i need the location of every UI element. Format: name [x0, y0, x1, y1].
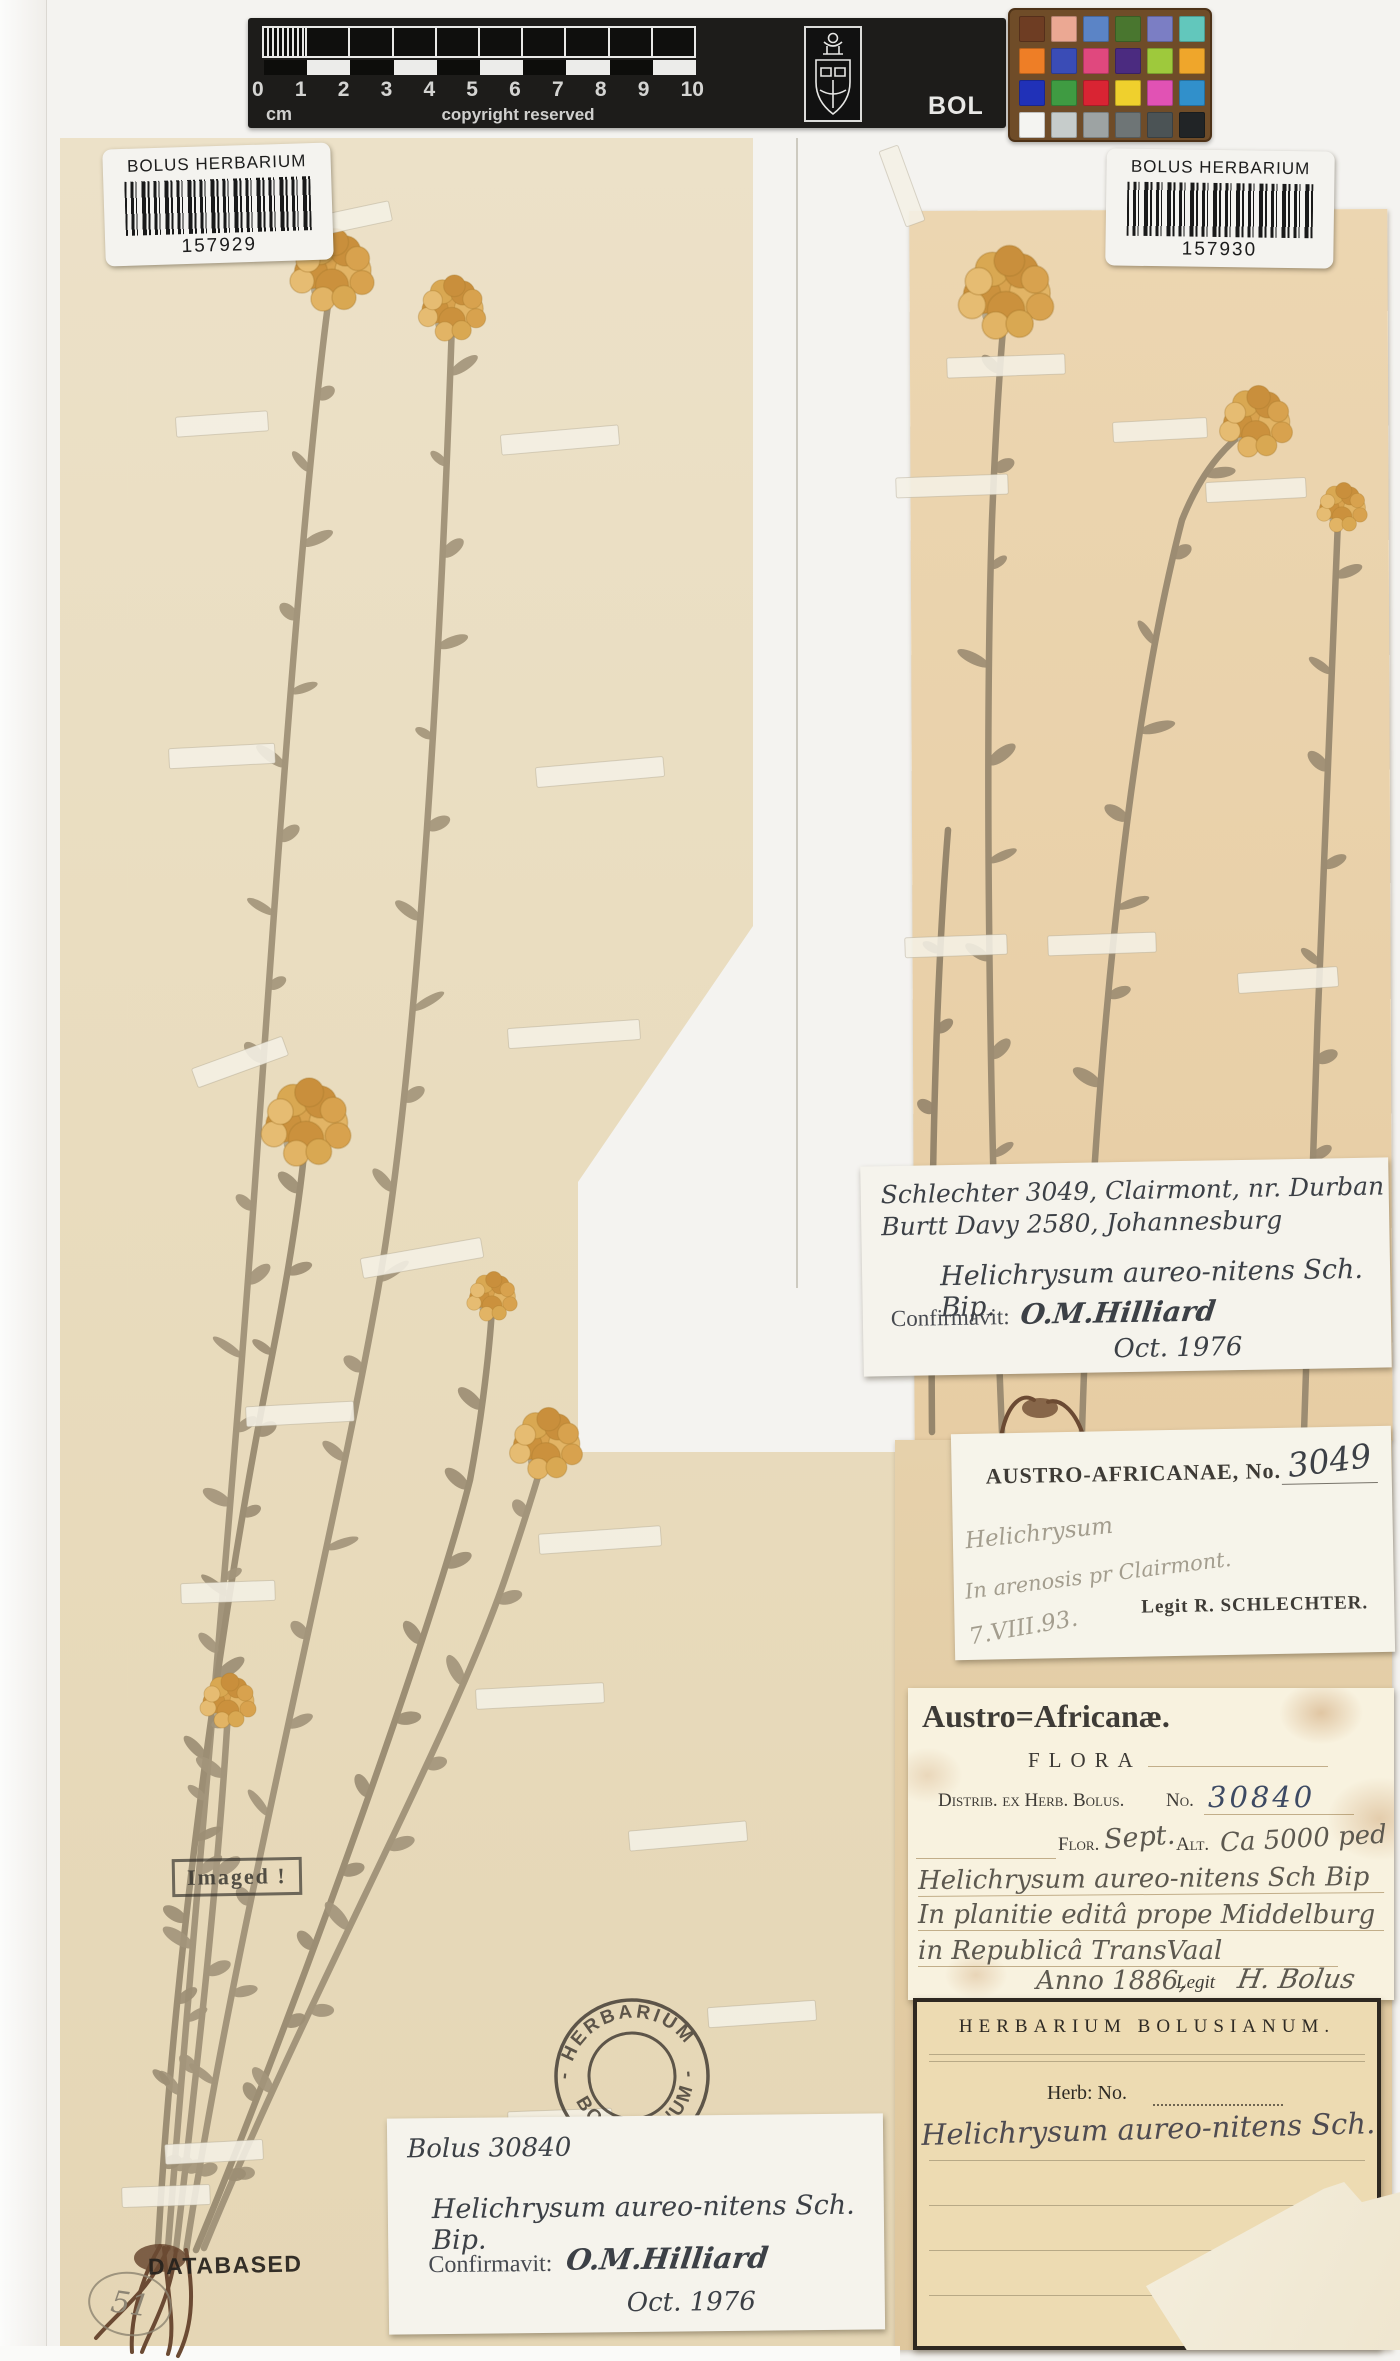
confirmavit-label: Confirmavit:	[428, 2251, 552, 2279]
alt-value: Ca 5000 ped	[1219, 1820, 1387, 1859]
collector-name: H. Bolus	[1235, 1964, 1357, 1995]
confirmavit-signature: O.M.Hilliard	[564, 2241, 770, 2277]
confirmavit-signature: O.M.Hilliard	[1019, 1294, 1218, 1330]
databased-stamp-text: DATABASED	[148, 2250, 303, 2279]
locality-line-1: In planitie editâ prope Middelburg	[918, 1900, 1384, 1931]
barcode-institution: BOLUS HERBARIUM	[1106, 156, 1334, 179]
distrib-label: Distrib. ex Herb. Bolus.	[938, 1790, 1124, 1812]
collector-line-1: Schlechter 3049, Clairmont, nr. Durban	[880, 1171, 1384, 1209]
flora-distribution-label: Austro=Africanæ. FLORA Distrib. ex Herb.…	[908, 1688, 1394, 2000]
rule-line	[929, 2054, 1365, 2055]
locality-line-2: in Republicâ TransVaal	[918, 1936, 1338, 1967]
species-handwritten: Helichrysum aureo-nitens Sch. Bip	[921, 2106, 1380, 2152]
rule-line	[929, 2061, 1365, 2062]
flor-label: Flor.	[1058, 1834, 1099, 1856]
legit-line: Legit R. SCHLECHTER.	[1141, 1592, 1368, 1618]
alt-label: Alt.	[1176, 1834, 1209, 1856]
imaged-stamp: Imaged !	[172, 1857, 302, 1897]
anno-line: Anno 1886,	[1036, 1966, 1187, 1996]
barcode-number: 157929	[105, 231, 334, 260]
collector-line-2: Burtt Davy 2580, Johannesburg	[881, 1205, 1283, 1241]
legit-label: Legit	[1176, 1972, 1215, 1994]
determination-label-left: Bolus 30840 Helichrysum aureo-nitens Sch…	[387, 2113, 885, 2334]
flora-header: Austro=Africanæ.	[922, 1698, 1170, 1735]
species-line: Helichrysum aureo-nitens Sch Bip	[918, 1862, 1384, 1897]
databased-stamp: DATABASED	[148, 2250, 303, 2280]
genus-pencil: Helichrysum	[964, 1513, 1114, 1555]
confirmavit-date: Oct. 1976	[1113, 1332, 1243, 1364]
confirmavit-date: Oct. 1976	[627, 2287, 756, 2318]
rule-line	[929, 2160, 1365, 2161]
label-title: AUSTRO-AFRICANAE, No.	[985, 1458, 1281, 1490]
distrib-number: 30840	[1208, 1780, 1315, 1814]
barcode-number: 157930	[1105, 237, 1333, 262]
determination-label-right: Schlechter 3049, Clairmont, nr. Durban B…	[860, 1157, 1392, 1376]
barcode-icon	[124, 176, 312, 236]
austro-africanae-label: AUSTRO-AFRICANAE, No. 3049 Helichrysum I…	[951, 1426, 1395, 1660]
blank-rule	[916, 1858, 1056, 1859]
number-rule	[1204, 1814, 1354, 1815]
herbarium-sheet-scan: 012345678910 cm copyright reserved BOL	[0, 0, 1400, 2361]
flor-value: Sept.	[1103, 1820, 1176, 1856]
herb-no-label: Herb: No.	[1047, 2082, 1127, 2105]
blank-rule	[1148, 1766, 1328, 1767]
label-title: HERBARIUM BOLUSIANUM.	[917, 2016, 1377, 2038]
confirmavit-label: Confirmavit:	[891, 1304, 1010, 1332]
accession-barcode-label-left: BOLUS HERBARIUM 157929	[102, 142, 334, 266]
accession-barcode-label-right: BOLUS HERBARIUM 157930	[1105, 148, 1335, 268]
imaged-stamp-text: Imaged !	[187, 1863, 287, 1890]
collection-number: 3049	[1285, 1436, 1373, 1485]
flora-subheader: FLORA	[1028, 1748, 1142, 1773]
no-label: No.	[1166, 1790, 1194, 1812]
date-pencil: 7.VIII.93.	[967, 1605, 1080, 1650]
bolus-number-line: Bolus 30840	[407, 2133, 571, 2165]
barcode-institution: BOLUS HERBARIUM	[102, 150, 331, 177]
herb-no-rule	[1153, 2104, 1283, 2106]
barcode-icon	[1127, 182, 1314, 239]
pencil-number-text: 51	[109, 2284, 152, 2324]
